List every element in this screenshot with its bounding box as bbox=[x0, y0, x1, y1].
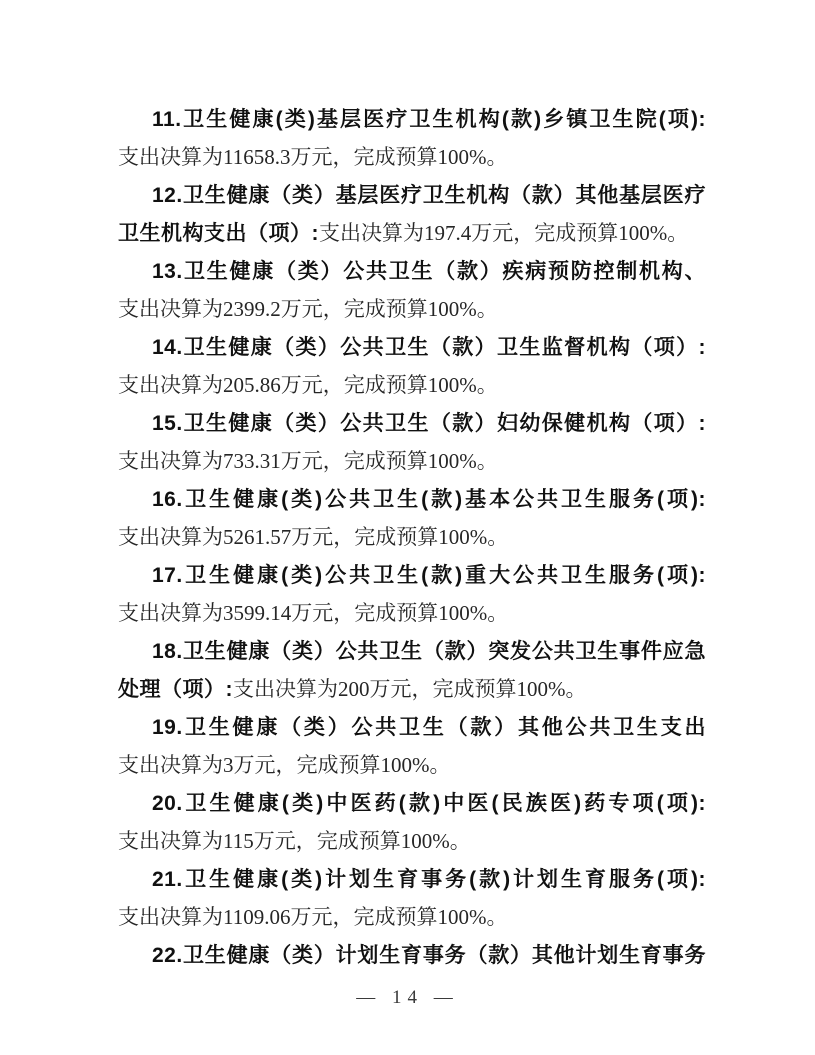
item-heading-text: 13.卫生健康（类）公共卫生（款）疾病预防控制机构、项): bbox=[118, 260, 706, 290]
item-body-text: 支出决算为1109.06万元，完成预算100%。 bbox=[118, 905, 507, 929]
item-line: 卫生机构支出（项）:支出决算为197.4万元，完成预算100%。 bbox=[118, 214, 706, 252]
budget-item: 12.卫生健康（类）基层医疗卫生机构（款）其他基层医疗卫生机构支出（项）:支出决… bbox=[118, 176, 706, 252]
budget-item: 14.卫生健康（类）公共卫生（款）卫生监督机构（项）:支出决算为205.86万元… bbox=[118, 328, 706, 404]
item-line: 12.卫生健康（类）基层医疗卫生机构（款）其他基层医疗 bbox=[118, 176, 706, 214]
page-footer: — 14 — bbox=[0, 985, 815, 1011]
budget-item: 13.卫生健康（类）公共卫生（款）疾病预防控制机构、项):支出决算为2399.2… bbox=[118, 252, 706, 328]
item-body-text: 支出决算为5261.57万元，完成预算100%。 bbox=[118, 525, 508, 549]
item-body-text: 支出决算为2399.2万元，完成预算100%。 bbox=[118, 297, 498, 321]
item-body-text: 支出决算为205.86万元，完成预算100%。 bbox=[118, 373, 498, 397]
item-line: 11.卫生健康(类)基层医疗卫生机构(款)乡镇卫生院(项): bbox=[118, 100, 706, 138]
budget-item: 19.卫生健康（类）公共卫生（款）其他公共卫生支出（项):支出决算为3万元，完成… bbox=[118, 708, 706, 784]
item-line: 支出决算为2399.2万元，完成预算100%。 bbox=[118, 290, 706, 328]
item-line: 17.卫生健康(类)公共卫生(款)重大公共卫生服务(项): bbox=[118, 556, 706, 594]
budget-item: 22.卫生健康（类）计划生育事务（款）其他计划生育事务 bbox=[118, 936, 706, 974]
item-line: 20.卫生健康(类)中医药(款)中医(民族医)药专项(项): bbox=[118, 784, 706, 822]
item-heading-text: 20.卫生健康(类)中医药(款)中医(民族医)药专项(项): bbox=[152, 792, 706, 815]
item-line: 19.卫生健康（类）公共卫生（款）其他公共卫生支出（项): bbox=[118, 708, 706, 746]
budget-item: 15.卫生健康（类）公共卫生（款）妇幼保健机构（项）:支出决算为733.31万元… bbox=[118, 404, 706, 480]
item-heading-text: 17.卫生健康(类)公共卫生(款)重大公共卫生服务(项): bbox=[152, 564, 706, 587]
budget-item: 21.卫生健康(类)计划生育事务(款)计划生育服务(项):支出决算为1109.0… bbox=[118, 860, 706, 936]
item-body-text: 支出决算为115万元，完成预算100%。 bbox=[118, 829, 471, 853]
item-heading-text: 卫生机构支出（项）: bbox=[118, 222, 319, 245]
item-line: 15.卫生健康（类）公共卫生（款）妇幼保健机构（项）: bbox=[118, 404, 706, 442]
item-heading-text: 21.卫生健康(类)计划生育事务(款)计划生育服务(项): bbox=[152, 868, 706, 891]
item-heading-text: 15.卫生健康（类）公共卫生（款）妇幼保健机构（项）: bbox=[152, 412, 706, 435]
budget-item: 11.卫生健康(类)基层医疗卫生机构(款)乡镇卫生院(项):支出决算为11658… bbox=[118, 100, 706, 176]
item-heading-text: 11.卫生健康(类)基层医疗卫生机构(款)乡镇卫生院(项): bbox=[152, 108, 706, 131]
item-line: 22.卫生健康（类）计划生育事务（款）其他计划生育事务 bbox=[118, 936, 706, 974]
item-body-text: 支出决算为11658.3万元，完成预算100%。 bbox=[118, 145, 507, 169]
item-heading-text: 14.卫生健康（类）公共卫生（款）卫生监督机构（项）: bbox=[152, 336, 706, 359]
item-body-text: 支出决算为733.31万元，完成预算100%。 bbox=[118, 449, 498, 473]
item-body-text: 支出决算为200万元，完成预算100%。 bbox=[233, 677, 587, 701]
item-line: 18.卫生健康（类）公共卫生（款）突发公共卫生事件应急 bbox=[118, 632, 706, 670]
item-line: 14.卫生健康（类）公共卫生（款）卫生监督机构（项）: bbox=[118, 328, 706, 366]
document-page: 11.卫生健康(类)基层医疗卫生机构(款)乡镇卫生院(项):支出决算为11658… bbox=[0, 0, 815, 1055]
item-heading-text: 处理（项）: bbox=[118, 678, 233, 701]
item-line: 支出决算为11658.3万元，完成预算100%。 bbox=[118, 138, 706, 176]
item-line: 处理（项）:支出决算为200万元，完成预算100%。 bbox=[118, 670, 706, 708]
item-line: 16.卫生健康(类)公共卫生(款)基本公共卫生服务(项): bbox=[118, 480, 706, 518]
item-line: 21.卫生健康(类)计划生育事务(款)计划生育服务(项): bbox=[118, 860, 706, 898]
item-line: 13.卫生健康（类）公共卫生（款）疾病预防控制机构、项): bbox=[118, 252, 706, 290]
item-line: 支出决算为3万元，完成预算100%。 bbox=[118, 746, 706, 784]
item-line: 支出决算为1109.06万元，完成预算100%。 bbox=[118, 898, 706, 936]
item-body-text: 支出决算为3599.14万元，完成预算100%。 bbox=[118, 601, 508, 625]
item-body-text: 支出决算为3万元，完成预算100%。 bbox=[118, 753, 451, 777]
document-body: 11.卫生健康(类)基层医疗卫生机构(款)乡镇卫生院(项):支出决算为11658… bbox=[118, 100, 706, 974]
item-heading-text: 19.卫生健康（类）公共卫生（款）其他公共卫生支出（项): bbox=[118, 716, 706, 746]
budget-item: 18.卫生健康（类）公共卫生（款）突发公共卫生事件应急处理（项）:支出决算为20… bbox=[118, 632, 706, 708]
item-heading-text: 16.卫生健康(类)公共卫生(款)基本公共卫生服务(项): bbox=[152, 488, 706, 511]
item-line: 支出决算为5261.57万元，完成预算100%。 bbox=[118, 518, 706, 556]
item-heading-text: 22.卫生健康（类）计划生育事务（款）其他计划生育事务 bbox=[152, 944, 706, 967]
page-number: — 14 — bbox=[356, 987, 459, 1008]
item-line: 支出决算为205.86万元，完成预算100%。 bbox=[118, 366, 706, 404]
item-line: 支出决算为3599.14万元，完成预算100%。 bbox=[118, 594, 706, 632]
budget-item: 20.卫生健康(类)中医药(款)中医(民族医)药专项(项):支出决算为115万元… bbox=[118, 784, 706, 860]
budget-item: 17.卫生健康(类)公共卫生(款)重大公共卫生服务(项):支出决算为3599.1… bbox=[118, 556, 706, 632]
item-line: 支出决算为115万元，完成预算100%。 bbox=[118, 822, 706, 860]
item-heading-text: 18.卫生健康（类）公共卫生（款）突发公共卫生事件应急 bbox=[152, 640, 706, 663]
item-body-text: 支出决算为197.4万元，完成预算100%。 bbox=[319, 221, 688, 245]
item-heading-text: 12.卫生健康（类）基层医疗卫生机构（款）其他基层医疗 bbox=[152, 184, 706, 207]
item-line: 支出决算为733.31万元，完成预算100%。 bbox=[118, 442, 706, 480]
budget-item: 16.卫生健康(类)公共卫生(款)基本公共卫生服务(项):支出决算为5261.5… bbox=[118, 480, 706, 556]
